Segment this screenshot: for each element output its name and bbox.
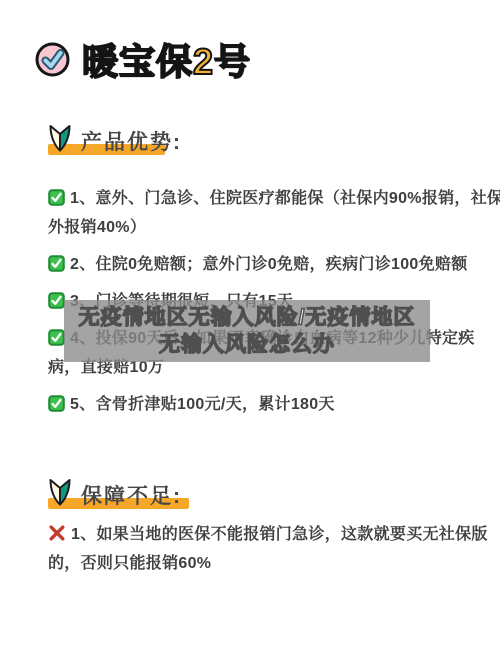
item-line: 5、含骨折津贴100元/天，累计180天 <box>48 390 464 419</box>
item-text: 的，否则只能报销60% <box>48 555 211 572</box>
item-text: 外报销40%） <box>48 219 146 236</box>
item-text: 1、如果当地的医保不能报销门急诊，这款就要买无社保版 <box>71 526 488 543</box>
list-item: 1、如果当地的医保不能报销门急诊，这款就要买无社保版的，否则只能报销60% <box>48 520 464 578</box>
check-icon <box>48 255 65 272</box>
overlay-text-line: 无输入风险怎么办 <box>159 331 335 358</box>
ribbon-icon <box>48 123 72 159</box>
header: 暖宝保2号 <box>34 34 251 85</box>
section-heading-advantages: 产品优势: <box>48 123 182 159</box>
item-text: 1、意外、门急诊、住院医疗都能保（社保内90%报销，社保 <box>70 190 500 207</box>
page-title: 暖宝保2号 <box>82 34 251 85</box>
item-line: 外报销40%） <box>48 213 464 242</box>
item-text: 2、住院0免赔额；意外门诊0免赔，疾病门诊100免赔额 <box>70 256 468 273</box>
check-icon <box>48 395 65 412</box>
section-title: 产品优势: <box>81 126 182 156</box>
cross-icon <box>48 524 66 542</box>
item-line: 1、如果当地的医保不能报销门急诊，这款就要买无社保版 <box>48 520 464 549</box>
check-icon <box>48 329 65 346</box>
list-item: 1、意外、门急诊、住院医疗都能保（社保内90%报销，社保外报销40%） <box>48 184 464 242</box>
section-title: 保障不足: <box>81 480 182 510</box>
item-text: 5、含骨折津贴100元/天，累计180天 <box>70 396 335 413</box>
ribbon-icon <box>48 477 72 513</box>
item-line: 的，否则只能报销60% <box>48 549 464 578</box>
list-item: 5、含骨折津贴100元/天，累计180天 <box>48 390 464 419</box>
gaps-list: 1、如果当地的医保不能报销门急诊，这款就要买无社保版的，否则只能报销60% <box>48 520 464 586</box>
list-item: 2、住院0免赔额；意外门诊0免赔，疾病门诊100免赔额 <box>48 250 464 279</box>
check-icon <box>48 292 65 309</box>
item-line: 1、意外、门急诊、住院医疗都能保（社保内90%报销，社保 <box>48 184 464 213</box>
overlay-text-line: 无疫情地区无输入风险/无疫情地区 <box>79 304 416 331</box>
check-circle-icon <box>34 41 71 78</box>
infographic-canvas: 暖宝保2号 产品优势: 1、意外、门急诊、住院医疗都能保（社保内90%报销，社保… <box>0 0 500 666</box>
item-line: 2、住院0免赔额；意外门诊0免赔，疾病门诊100免赔额 <box>48 250 464 279</box>
check-icon <box>48 189 65 206</box>
watermark-overlay: 无疫情地区无输入风险/无疫情地区 无输入风险怎么办 <box>64 300 430 362</box>
section-heading-gaps: 保障不足: <box>48 477 182 513</box>
